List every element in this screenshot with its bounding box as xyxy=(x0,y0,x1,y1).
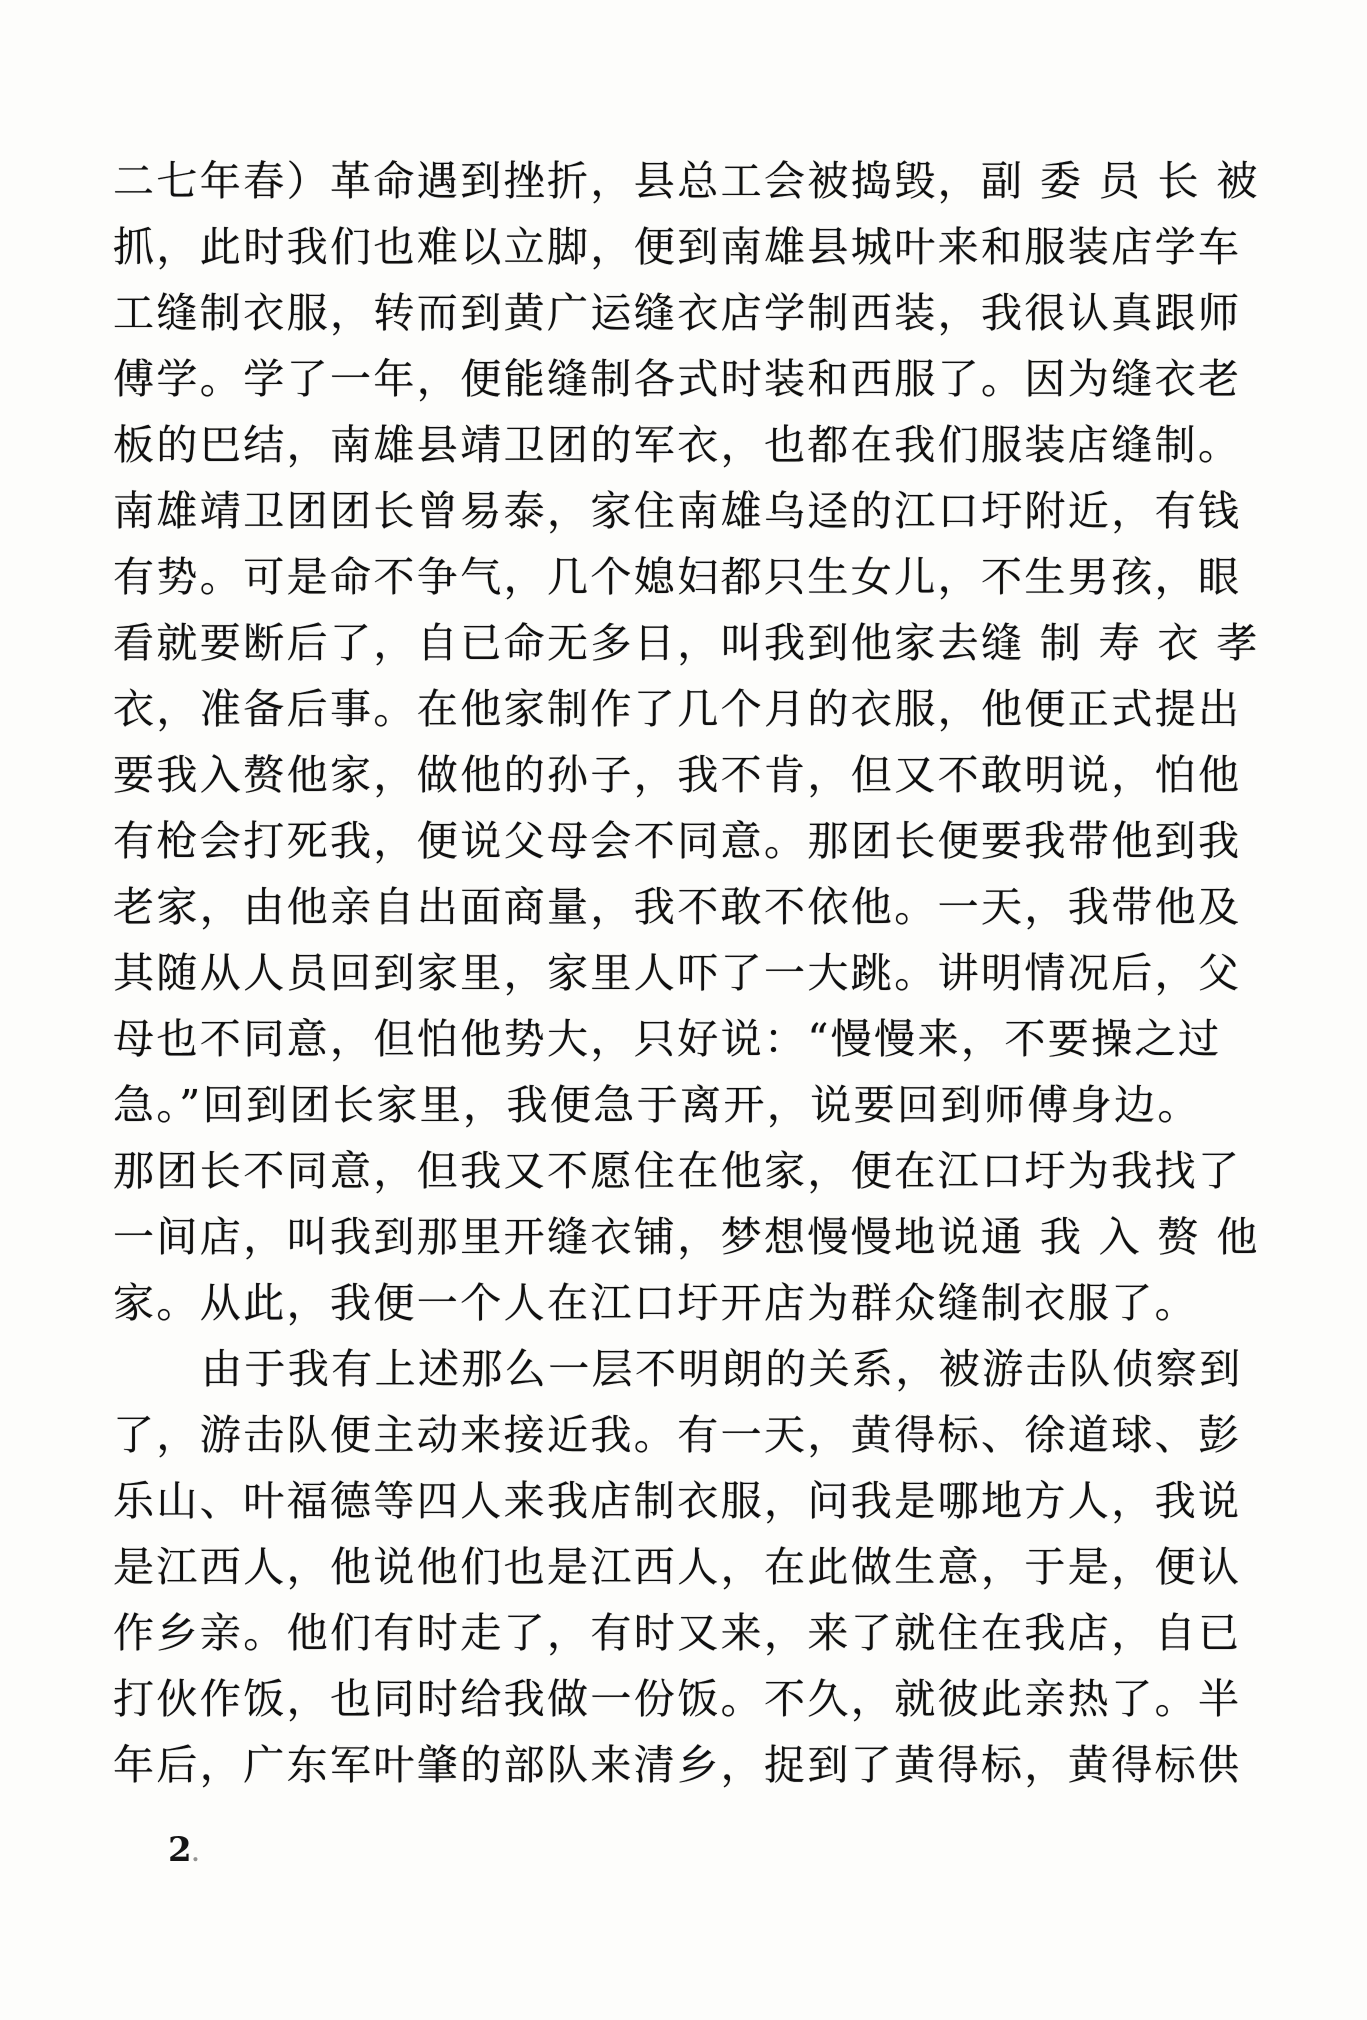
text-line: 作乡亲。他们有时走了，有时又来，来了就住在我店，自已 xyxy=(113,1600,1248,1666)
text-line: 南雄靖卫团团长曾易泰，家住南雄乌迳的江口圩附近，有钱 xyxy=(113,478,1248,544)
text-block: 二七年春）革命遇到挫折，县总工会被捣毁，副 委 员 长 被抓，此时我们也难以立脚… xyxy=(113,148,1248,1798)
text-line: 工缝制衣服，转而到黄广运缝衣店学制西装，我很认真跟师 xyxy=(113,280,1248,346)
text-line: 看就要断后了，自已命无多日，叫我到他家去缝 制 寿 衣 孝 xyxy=(113,610,1248,676)
page-number: 2. xyxy=(168,1830,200,1870)
text-line: 母也不同意，但怕他势大，只好说：“慢慢来，不要操之过 xyxy=(113,1006,1248,1072)
text-line: 其随从人员回到家里，家里人吓了一大跳。讲明情况后，父 xyxy=(113,940,1248,1006)
text-line: 家。从此，我便一个人在江口圩开店为群众缝制衣服了。 xyxy=(113,1270,1248,1336)
text-line: 乐山、叶福德等四人来我店制衣服，问我是哪地方人，我说 xyxy=(113,1468,1248,1534)
text-line: 是江西人，他说他们也是江西人，在此做生意，于是，便认 xyxy=(113,1534,1248,1600)
text-line: 板的巴结，南雄县靖卫团的军衣，也都在我们服装店缝制。 xyxy=(113,412,1248,478)
text-line: 衣，准备后事。在他家制作了几个月的衣服，他便正式提出 xyxy=(113,676,1248,742)
text-line: 傅学。学了一年，便能缝制各式时装和西服了。因为缝衣老 xyxy=(113,346,1248,412)
text-line: 有枪会打死我，便说父母会不同意。那团长便要我带他到我 xyxy=(113,808,1248,874)
text-line: 急。”回到团长家里，我便急于离开，说要回到师傅身边。 xyxy=(113,1072,1248,1138)
text-line: 年后，广东军叶肇的部队来清乡，捉到了黄得标，黄得标供 xyxy=(113,1732,1248,1798)
page-number-value: 2 xyxy=(168,1830,192,1870)
text-line: 有势。可是命不争气，几个媳妇都只生女儿，不生男孩，眼 xyxy=(113,544,1248,610)
page-number-smudge: . xyxy=(192,1841,201,1867)
text-line: 那团长不同意，但我又不愿住在他家，便在江口圩为我找了 xyxy=(113,1138,1248,1204)
scanned-book-page: 二七年春）革命遇到挫折，县总工会被捣毁，副 委 员 长 被抓，此时我们也难以立脚… xyxy=(0,0,1367,2020)
text-line: 一间店，叫我到那里开缝衣铺，梦想慢慢地说通 我 入 赘 他 xyxy=(113,1204,1248,1270)
text-line: 要我入赘他家，做他的孙子，我不肯，但又不敢明说，怕他 xyxy=(113,742,1248,808)
text-line: 了，游击队便主动来接近我。有一天，黄得标、徐道球、彭 xyxy=(113,1402,1248,1468)
text-line: 抓，此时我们也难以立脚，便到南雄县城叶来和服装店学车 xyxy=(113,214,1248,280)
text-line: 由于我有上述那么一层不明朗的关系，被游击队侦察到 xyxy=(113,1336,1248,1402)
text-line: 二七年春）革命遇到挫折，县总工会被捣毁，副 委 员 长 被 xyxy=(113,148,1248,214)
text-line: 打伙作饭，也同时给我做一份饭。不久，就彼此亲热了。半 xyxy=(113,1666,1248,1732)
text-line: 老家，由他亲自出面商量，我不敢不依他。一天，我带他及 xyxy=(113,874,1248,940)
